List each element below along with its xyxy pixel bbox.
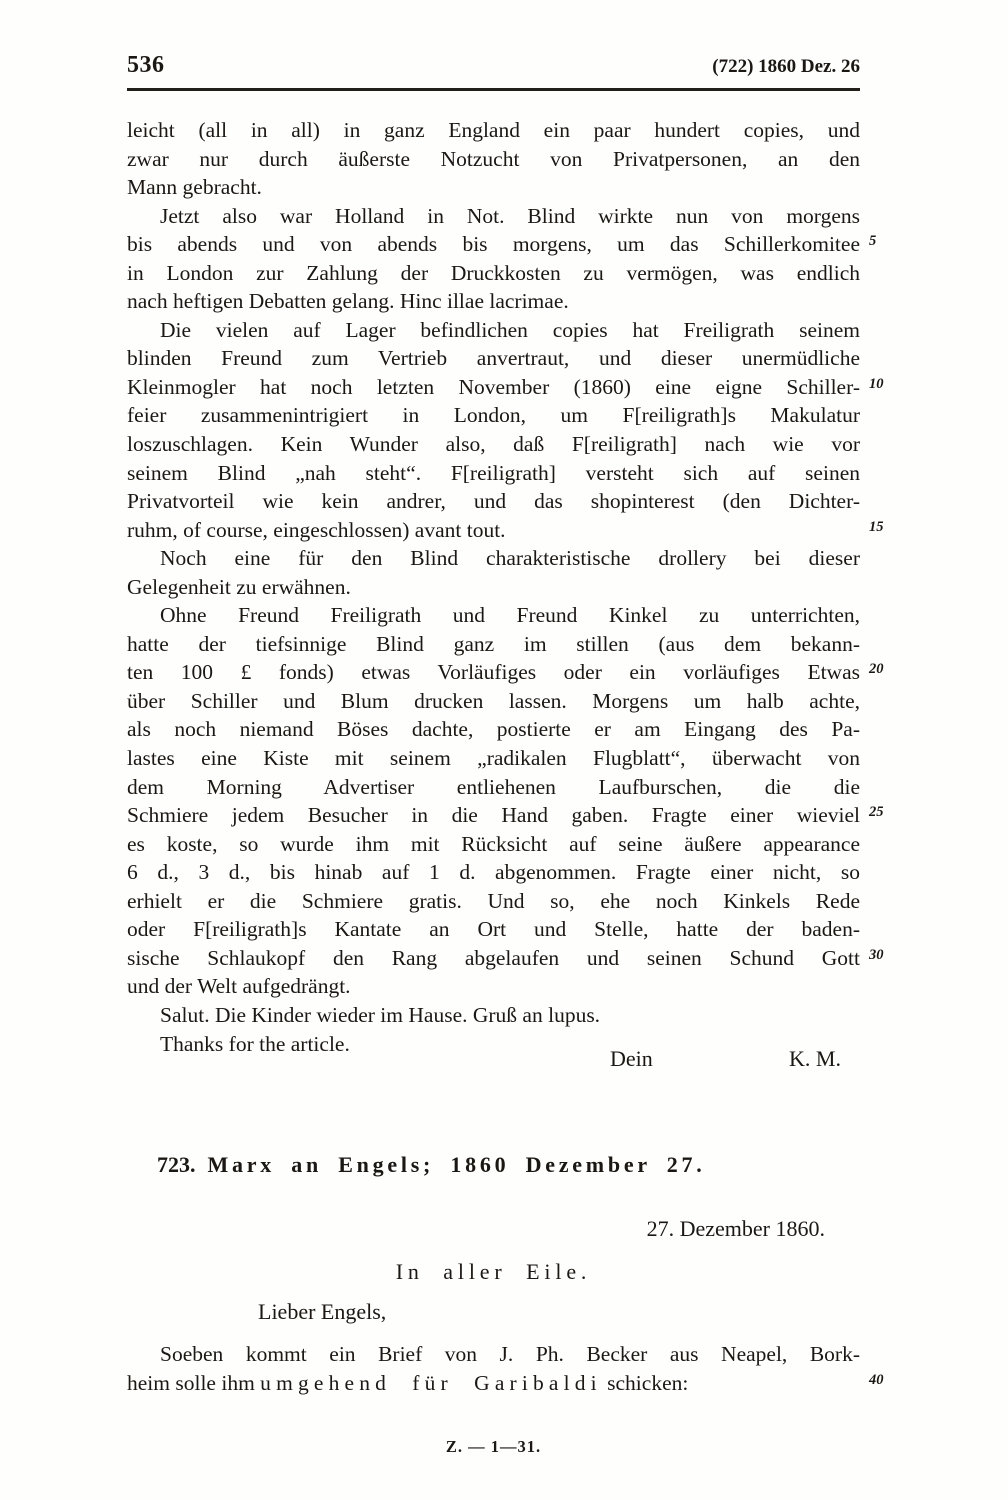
margin-line-number: 40 bbox=[869, 1373, 884, 1388]
text-line: ten 100 £ fonds) etwas Vorläufiges oder … bbox=[127, 658, 860, 687]
line-text: hatte der tiefsinnige Blind ganz im stil… bbox=[127, 632, 860, 656]
line-text: dem Morning Advertiser entliehenen Laufb… bbox=[127, 775, 860, 799]
signature-initials: K. M. bbox=[789, 1046, 841, 1072]
header-rule bbox=[127, 88, 860, 91]
line-text: es koste, so wurde ihm mit Rücksicht auf… bbox=[127, 832, 860, 856]
margin-line-number: 30 bbox=[869, 948, 884, 963]
line-text: in London zur Zahlung der Druckkosten zu… bbox=[127, 261, 860, 285]
signature-block: Dein K. M. bbox=[127, 1046, 860, 1076]
line-text: sische Schlaukopf den Rang abgelaufen un… bbox=[127, 946, 860, 970]
text-line: und der Welt aufgedrängt. bbox=[127, 972, 860, 1001]
line-text: Kleinmogler hat noch letzten November (1… bbox=[127, 375, 860, 399]
text-line: Soeben kommt ein Brief von J. Ph. Becker… bbox=[127, 1340, 860, 1369]
text-line: Ohne Freund Freiligrath und Freund Kinke… bbox=[127, 601, 860, 630]
line-text: Schmiere jedem Besucher in die Hand gabe… bbox=[127, 803, 860, 827]
text-line: Salut. Die Kinder wieder im Hause. Gruß … bbox=[127, 1001, 860, 1030]
text-line: es koste, so wurde ihm mit Rücksicht auf… bbox=[127, 830, 860, 859]
text-line: Kleinmogler hat noch letzten November (1… bbox=[127, 373, 860, 402]
letter-723-body: Soeben kommt ein Brief von J. Ph. Becker… bbox=[127, 1340, 860, 1397]
text-line: ruhm, of course, eingeschlossen) avant t… bbox=[127, 516, 860, 545]
line-text: schicken: bbox=[602, 1371, 689, 1395]
text-line: leicht (all in all) in ganz England ein … bbox=[127, 116, 860, 145]
line-text: loszuschlagen. Kein Wunder also, daß F[r… bbox=[127, 432, 860, 456]
text-line: dem Morning Advertiser entliehenen Laufb… bbox=[127, 773, 860, 802]
letter-heading-title: Marx an Engels; 1860 Dezember 27. bbox=[208, 1152, 706, 1177]
line-text: nach heftigen Debatten gelang. Hinc illa… bbox=[127, 289, 569, 313]
margin-line-number: 25 bbox=[869, 805, 884, 820]
line-text: Soeben kommt ein Brief von J. Ph. Becker… bbox=[160, 1342, 860, 1366]
text-line: Noch eine für den Blind charakteristisch… bbox=[127, 544, 860, 573]
line-text: heim solle ihm bbox=[127, 1371, 260, 1395]
text-line: Mann gebracht. bbox=[127, 173, 860, 202]
greeting: Lieber Engels, bbox=[127, 1299, 860, 1325]
text-line: Schmiere jedem Besucher in die Hand gabe… bbox=[127, 801, 860, 830]
line-text: Die vielen auf Lager befindlichen copies… bbox=[160, 318, 860, 342]
haste-note: In aller Eile. bbox=[127, 1259, 860, 1285]
text-line: über Schiller und Blum drucken lassen. M… bbox=[127, 687, 860, 716]
page-footer: Z. — 1—31. bbox=[127, 1437, 860, 1457]
text-line: Die vielen auf Lager befindlichen copies… bbox=[127, 316, 860, 345]
line-text: lastes eine Kiste mit seinem „radikalen … bbox=[127, 746, 860, 770]
margin-line-number: 10 bbox=[869, 377, 884, 392]
line-text: als noch niemand Böses dachte, postierte… bbox=[127, 717, 860, 741]
text-line: Gelegenheit zu erwähnen. bbox=[127, 573, 860, 602]
letter-heading-number: 723. bbox=[157, 1152, 196, 1177]
text-line: bis abends und von abends bis morgens, u… bbox=[127, 230, 860, 259]
margin-line-number: 5 bbox=[869, 234, 876, 249]
text-line: Jetzt also war Holland in Not. Blind wir… bbox=[127, 202, 860, 231]
line-text: Noch eine für den Blind charakteristisch… bbox=[160, 546, 860, 570]
line-text: über Schiller und Blum drucken lassen. M… bbox=[127, 689, 860, 713]
line-text: Jetzt also war Holland in Not. Blind wir… bbox=[160, 204, 860, 228]
text-line: nach heftigen Debatten gelang. Hinc illa… bbox=[127, 287, 860, 316]
text-line: 6 d., 3 d., bis hinab auf 1 d. abgenomme… bbox=[127, 858, 860, 887]
book-page: 536 (722) 1860 Dez. 26 leicht (all in al… bbox=[0, 0, 1008, 1500]
page-number: 536 bbox=[127, 52, 165, 79]
page-header: 536 (722) 1860 Dez. 26 bbox=[127, 52, 860, 79]
text-line: lastes eine Kiste mit seinem „radikalen … bbox=[127, 744, 860, 773]
letter-spaced-text: umgehend für Garibaldi bbox=[260, 1371, 602, 1395]
text-line: sische Schlaukopf den Rang abgelaufen un… bbox=[127, 944, 860, 973]
line-text: Gelegenheit zu erwähnen. bbox=[127, 575, 351, 599]
text-line: Privatvorteil wie kein andrer, und das s… bbox=[127, 487, 860, 516]
text-line: zwar nur durch äußerste Notzucht von Pri… bbox=[127, 145, 860, 174]
line-text: 6 d., 3 d., bis hinab auf 1 d. abgenomme… bbox=[127, 860, 860, 884]
letter-heading: 723.Marx an Engels; 1860 Dezember 27. bbox=[127, 1152, 860, 1178]
line-text: leicht (all in all) in ganz England ein … bbox=[127, 118, 860, 142]
line-text: ten 100 £ fonds) etwas Vorläufiges oder … bbox=[127, 660, 860, 684]
line-text: oder F[reiligrath]s Kantate an Ort und S… bbox=[127, 917, 860, 941]
text-line: als noch niemand Böses dachte, postierte… bbox=[127, 715, 860, 744]
text-line: oder F[reiligrath]s Kantate an Ort und S… bbox=[127, 915, 860, 944]
signature-closing: Dein bbox=[610, 1046, 653, 1072]
line-text: Privatvorteil wie kein andrer, und das s… bbox=[127, 489, 860, 513]
dateline: 27. Dezember 1860. bbox=[127, 1216, 860, 1242]
margin-line-number: 15 bbox=[869, 520, 884, 535]
letter-722-body: leicht (all in all) in ganz England ein … bbox=[127, 116, 860, 1058]
margin-line-number: 20 bbox=[869, 662, 884, 677]
text-line: seinem Blind „nah steht“. F[reiligrath] … bbox=[127, 459, 860, 488]
line-text: ruhm, of course, eingeschlossen) avant t… bbox=[127, 518, 506, 542]
line-text: seinem Blind „nah steht“. F[reiligrath] … bbox=[127, 461, 860, 485]
line-text: zwar nur durch äußerste Notzucht von Pri… bbox=[127, 147, 860, 171]
line-text: erhielt er die Schmiere gratis. Und so, … bbox=[127, 889, 860, 913]
running-head: (722) 1860 Dez. 26 bbox=[712, 56, 860, 78]
line-text: feier zusammenintrigiert in London, um F… bbox=[127, 403, 860, 427]
text-line: heim solle ihm umgehend für Garibaldi sc… bbox=[127, 1369, 860, 1398]
text-line: loszuschlagen. Kein Wunder also, daß F[r… bbox=[127, 430, 860, 459]
text-line: in London zur Zahlung der Druckkosten zu… bbox=[127, 259, 860, 288]
line-text: und der Welt aufgedrängt. bbox=[127, 974, 351, 998]
text-line: blinden Freund zum Vertrieb anvertraut, … bbox=[127, 344, 860, 373]
line-text: bis abends und von abends bis morgens, u… bbox=[127, 232, 860, 256]
text-line: feier zusammenintrigiert in London, um F… bbox=[127, 401, 860, 430]
line-text: blinden Freund zum Vertrieb anvertraut, … bbox=[127, 346, 860, 370]
text-line: erhielt er die Schmiere gratis. Und so, … bbox=[127, 887, 860, 916]
line-text: Ohne Freund Freiligrath und Freund Kinke… bbox=[160, 603, 860, 627]
text-line: hatte der tiefsinnige Blind ganz im stil… bbox=[127, 630, 860, 659]
line-text: Mann gebracht. bbox=[127, 175, 262, 199]
line-text: Salut. Die Kinder wieder im Hause. Gruß … bbox=[160, 1003, 600, 1027]
